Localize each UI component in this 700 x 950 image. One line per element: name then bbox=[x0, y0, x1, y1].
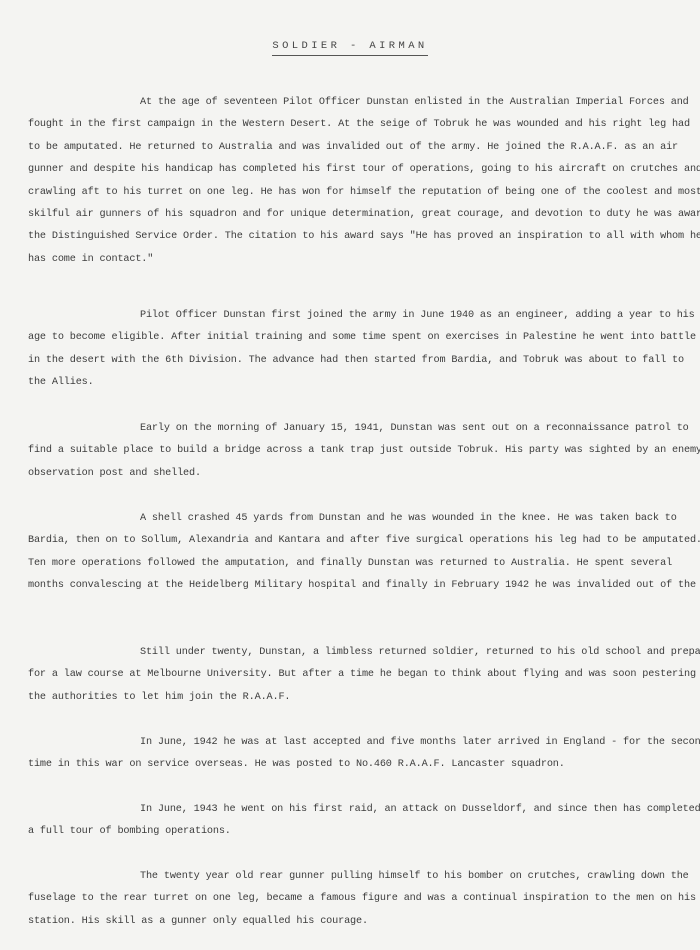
paragraph-line: Pilot Officer Dunstan first joined the a… bbox=[28, 305, 688, 327]
paragraph-line: months convalescing at the Heidelberg Mi… bbox=[28, 575, 688, 597]
typewritten-page: SOLDIER - AIRMAN At the age of seventeen… bbox=[0, 0, 700, 950]
paragraph-line: A shell crashed 45 yards from Dunstan an… bbox=[28, 508, 688, 530]
paragraph-line: In June, 1942 he was at last accepted an… bbox=[28, 732, 688, 754]
paragraph-line: for a law course at Melbourne University… bbox=[28, 664, 688, 686]
paragraph-line: has come in contact." bbox=[28, 249, 688, 271]
paragraph-line: At the age of seventeen Pilot Officer Du… bbox=[28, 92, 688, 114]
document-title-text: SOLDIER - AIRMAN bbox=[272, 40, 427, 56]
paragraph: In June, 1942 he was at last accepted an… bbox=[28, 732, 688, 777]
paragraph-line: Still under twenty, Dunstan, a limbless … bbox=[28, 642, 688, 664]
paragraph-line: skilful air gunners of his squadron and … bbox=[28, 204, 688, 226]
paragraph-line: fought in the first campaign in the West… bbox=[28, 114, 688, 136]
paragraph: Pilot Officer Dunstan first joined the a… bbox=[28, 305, 688, 395]
paragraph-line: the Distinguished Service Order. The cit… bbox=[28, 226, 688, 248]
paragraph: In June, 1943 he went on his first raid,… bbox=[28, 799, 688, 844]
document-title: SOLDIER - AIRMAN bbox=[0, 40, 700, 52]
paragraph-line: station. His skill as a gunner only equa… bbox=[28, 911, 688, 933]
paragraph-line: Bardia, then on to Sollum, Alexandria an… bbox=[28, 530, 688, 552]
paragraph-line: The twenty year old rear gunner pulling … bbox=[28, 866, 688, 888]
paragraph: Early on the morning of January 15, 1941… bbox=[28, 418, 688, 485]
paragraph-line: to be amputated. He returned to Australi… bbox=[28, 137, 688, 159]
paragraph-line: the authorities to let him join the R.A.… bbox=[28, 687, 688, 709]
paragraph-line: a full tour of bombing operations. bbox=[28, 821, 688, 843]
paragraph-line: in the desert with the 6th Division. The… bbox=[28, 350, 688, 372]
paragraph-line: find a suitable place to build a bridge … bbox=[28, 440, 688, 462]
paragraph: The twenty year old rear gunner pulling … bbox=[28, 866, 688, 933]
paragraph-line: Early on the morning of January 15, 1941… bbox=[28, 418, 688, 440]
paragraph-line: fuselage to the rear turret on one leg, … bbox=[28, 888, 688, 910]
paragraph-line: Ten more operations followed the amputat… bbox=[28, 553, 688, 575]
paragraph: Still under twenty, Dunstan, a limbless … bbox=[28, 642, 688, 709]
paragraph-line: gunner and despite his handicap has comp… bbox=[28, 159, 688, 181]
paragraph: At the age of seventeen Pilot Officer Du… bbox=[28, 92, 688, 271]
paragraph-line: observation post and shelled. bbox=[28, 463, 688, 485]
paragraph-line: In June, 1943 he went on his first raid,… bbox=[28, 799, 688, 821]
paragraph: A shell crashed 45 yards from Dunstan an… bbox=[28, 508, 688, 598]
paragraph-line: age to become eligible. After initial tr… bbox=[28, 327, 688, 349]
paragraph-line: crawling aft to his turret on one leg. H… bbox=[28, 182, 688, 204]
paragraph-line: time in this war on service overseas. He… bbox=[28, 754, 688, 776]
paragraph-line: the Allies. bbox=[28, 372, 688, 394]
